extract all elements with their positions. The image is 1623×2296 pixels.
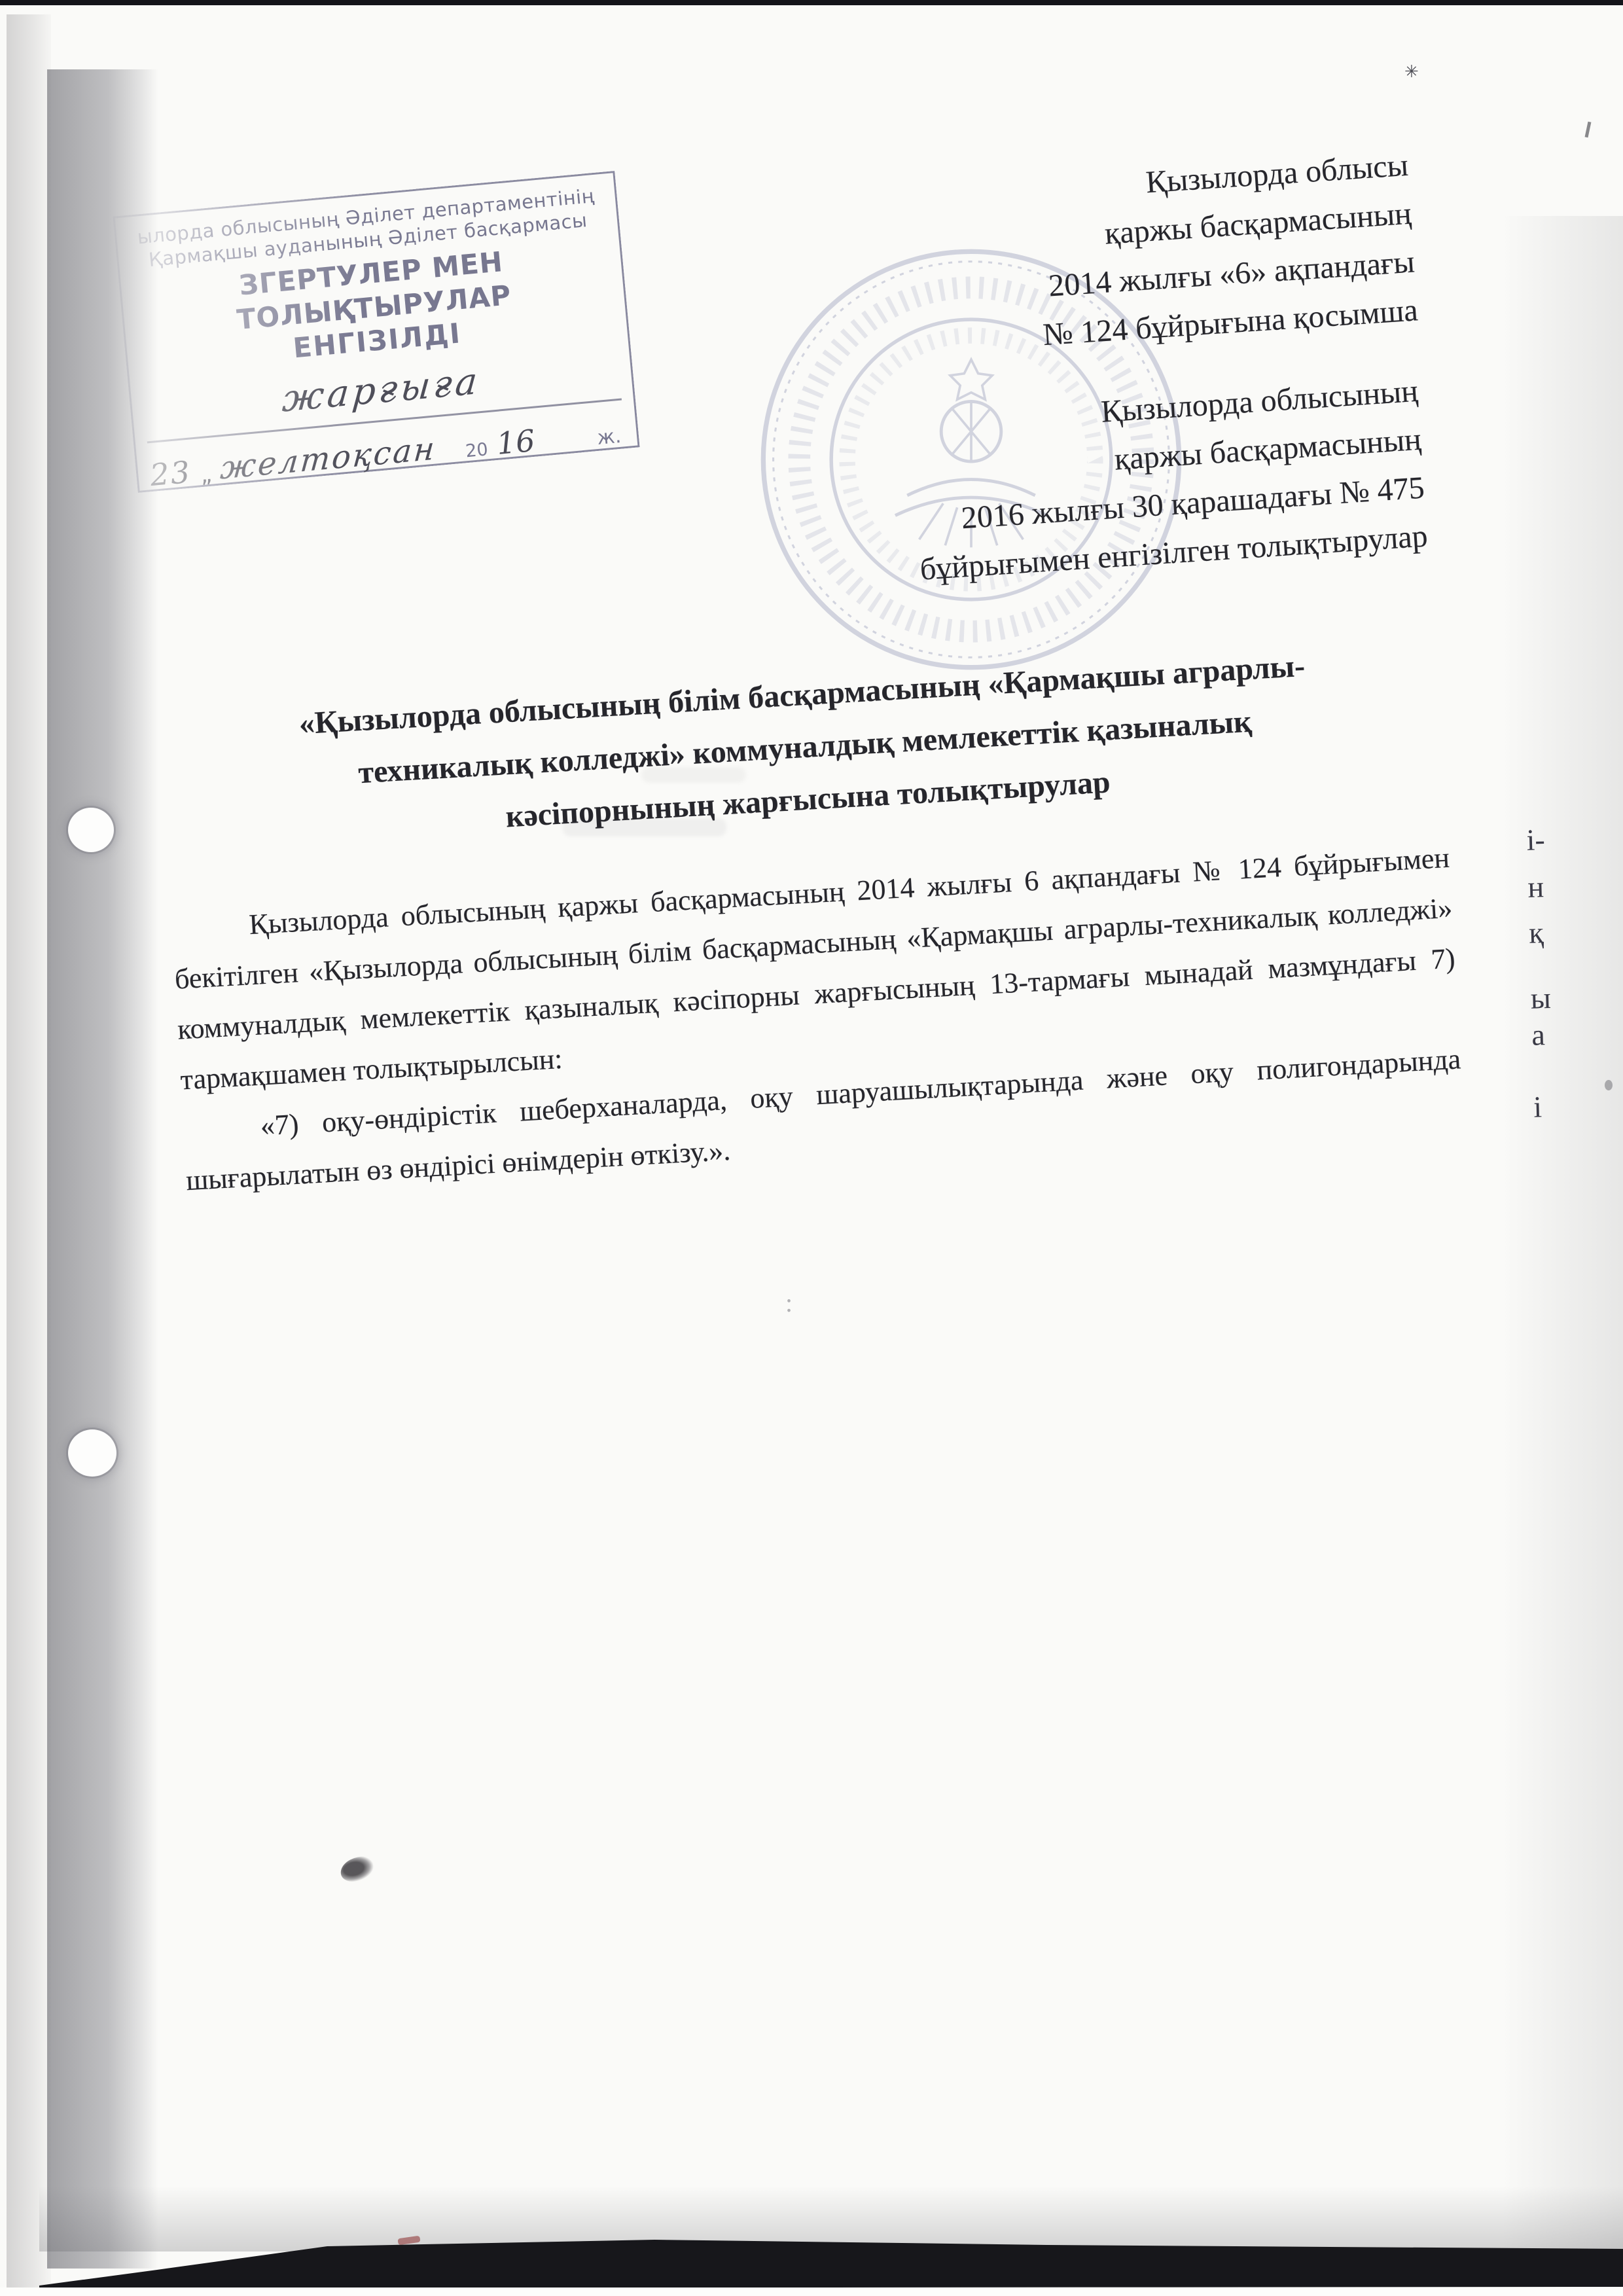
scanner-top-edge [0, 0, 1623, 5]
approval-header-2014: Қызылорда облысы қаржы басқармасының 201… [806, 141, 1419, 374]
punch-hole-bottom [68, 1429, 116, 1477]
stamp-date-year-prefix: 20 [465, 439, 489, 464]
edge-letter: і- [1526, 822, 1545, 857]
stamp-date-suffix: ж. [596, 425, 622, 452]
edge-mark [1585, 122, 1592, 138]
punch-hole-top [68, 808, 114, 852]
underlying-page-text-fragments: і- н қ ы а і [1526, 821, 1573, 1130]
scanned-document-page: { "colors": { "paper": "#fafaf8", "ink":… [0, 0, 1623, 2296]
justice-registration-stamp: ылорда облысының Әділет департаментінің … [113, 171, 639, 493]
scan-left-shadow-outer [7, 14, 51, 2296]
edge-letter: а [1531, 1017, 1546, 1052]
stamp-date-day: 23 [149, 454, 192, 493]
stamp-date-month: желтоқсан [219, 430, 438, 487]
edge-letter: н [1527, 869, 1544, 905]
stamp-date-quote: „ [200, 461, 213, 488]
scan-right-shadow [1502, 216, 1623, 2255]
edge-letter: ы [1530, 980, 1551, 1016]
document-body: Қызылорда облысының қаржы басқармасының … [171, 833, 1465, 1206]
faint-mark: : [785, 1295, 789, 1312]
stamp-date-year: 16 [495, 423, 536, 461]
page-bottom-edge [0, 2212, 1623, 2296]
approval-header-2016: Қызылорда облысының қаржы басқармасының … [796, 367, 1429, 601]
scanner-bottom-strip [0, 2287, 1623, 2296]
red-pen-speck [397, 2236, 420, 2246]
edge-letter: і [1533, 1089, 1543, 1124]
ink-blot [338, 1854, 376, 1884]
dust-speck: ✳ [1404, 68, 1412, 76]
page-bottom-shadow [39, 2186, 1623, 2251]
edge-letter: қ [1529, 915, 1544, 950]
paper-speck [1605, 1080, 1613, 1090]
